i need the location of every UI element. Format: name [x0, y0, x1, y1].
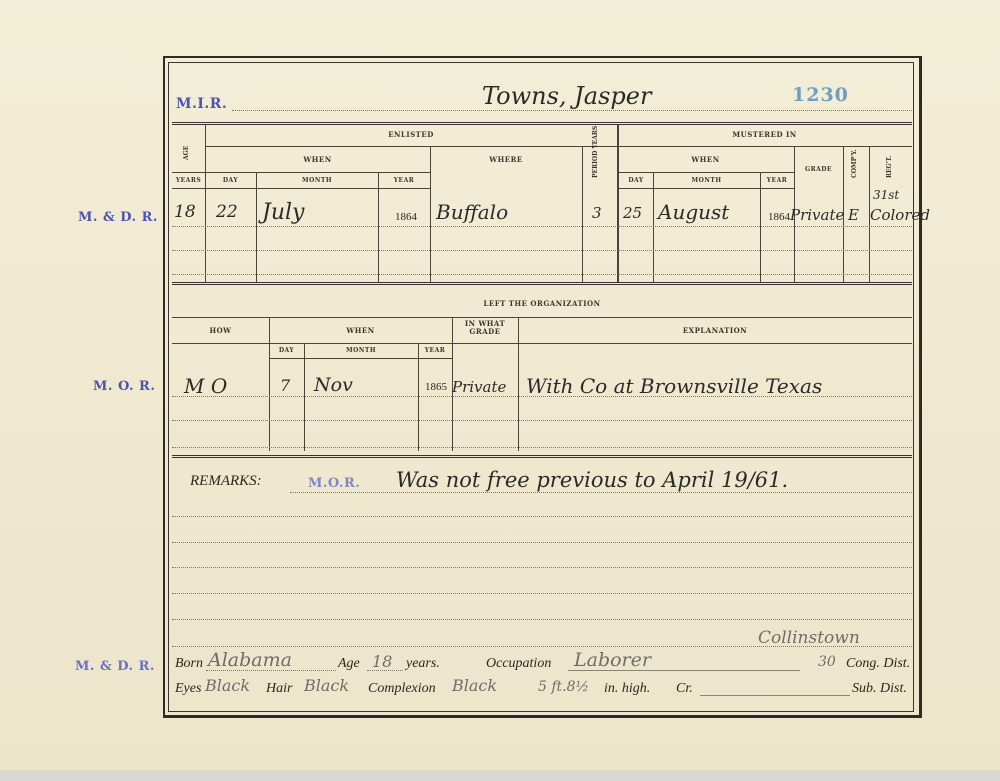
enlisted-day-header: Day: [205, 177, 256, 184]
explanation-header: Explanation: [518, 326, 912, 335]
row-line: [172, 516, 912, 517]
company-header: Comp'y.: [851, 150, 858, 178]
grid-line: [617, 172, 794, 173]
left-grade: Private: [452, 378, 506, 396]
grid-line: [205, 146, 617, 147]
left-year: 1865: [425, 381, 447, 393]
left-month-header: Month: [304, 347, 418, 354]
height-value: 5 ft.8½: [538, 679, 589, 695]
mustered-day: 25: [623, 204, 642, 222]
hair-value: Black: [304, 676, 349, 695]
mustered-day-header: Day: [620, 177, 652, 184]
left-year-header: Year: [418, 347, 452, 354]
regiment-header: Reg't.: [886, 155, 893, 179]
age-value: 18: [372, 652, 392, 671]
row-line: [172, 646, 912, 647]
mustered-regiment-number: 31st: [873, 188, 899, 202]
row-line: [172, 542, 912, 543]
mustered-grade: Private: [790, 206, 844, 224]
cong-dist-value: 30: [818, 654, 836, 670]
years-header: Years: [172, 177, 205, 184]
left-day: 7: [280, 376, 290, 395]
hair-label: Hair: [266, 681, 292, 697]
occupation-label: Occupation: [486, 656, 551, 672]
left-explanation: With Co at Brownsville Texas: [526, 374, 822, 398]
row-line: [206, 670, 336, 671]
how-header: How: [172, 326, 269, 335]
row-line: [290, 492, 912, 493]
card-number: 1230: [792, 84, 849, 106]
grid-line: [304, 343, 305, 451]
mustered-month: August: [658, 200, 729, 224]
row-line: [172, 567, 912, 568]
enlisted-year: 1864: [395, 211, 417, 223]
header-divider: [172, 122, 912, 125]
cr-label: Cr.: [676, 681, 693, 697]
mdr-stamp-top: M. & D. R.: [78, 210, 158, 225]
height-label: in. high.: [604, 681, 650, 697]
mustered-in-header: Mustered In: [617, 130, 912, 139]
left-day-header: Day: [269, 347, 304, 354]
mustered-regiment: Colored: [870, 206, 930, 224]
age-header: Age: [183, 138, 190, 168]
period-years-header: Period Years: [592, 150, 599, 178]
cong-dist-label: Cong. Dist.: [846, 656, 910, 672]
enlisted-period: 3: [592, 204, 602, 222]
grid-line: [617, 188, 794, 189]
age-label: Age: [338, 656, 360, 672]
section-divider: [172, 282, 912, 285]
born-value: Alabama: [208, 649, 292, 671]
row-line: [172, 619, 912, 620]
row-line: [172, 396, 912, 397]
row-line: [568, 670, 800, 671]
grid-line: [172, 188, 430, 189]
mustered-month-header: Month: [653, 177, 760, 184]
remarks-mor-stamp: M.O.R.: [308, 476, 360, 491]
name-line: [232, 110, 912, 111]
row-line: [172, 447, 912, 448]
county: Collinstown: [758, 628, 860, 648]
grid-line: [582, 146, 583, 282]
born-label: Born: [175, 656, 203, 672]
left-when-header: When: [269, 326, 452, 335]
left-month: Nov: [314, 374, 353, 396]
grid-line: [205, 125, 206, 282]
grid-line: [617, 125, 619, 282]
mor-stamp: M. O. R.: [93, 379, 155, 394]
enlisted-where: Buffalo: [436, 200, 508, 224]
sub-dist-label: Sub. Dist.: [852, 681, 907, 697]
grid-line: [269, 317, 270, 451]
section-divider: [172, 455, 912, 458]
left-how: M O: [184, 374, 227, 398]
soldier-name: Towns, Jasper: [482, 82, 651, 110]
enlisted-when-header: When: [205, 155, 430, 164]
grid-line: [430, 146, 431, 282]
eyes-value: Black: [205, 676, 250, 695]
row-line: [172, 593, 912, 594]
enlisted-year-header: Year: [378, 177, 430, 184]
enlisted-where-header: Where: [430, 155, 582, 164]
enlisted-day: 22: [216, 202, 238, 222]
enlisted-month: July: [262, 200, 304, 225]
row-line: [172, 250, 912, 251]
complexion-label: Complexion: [368, 681, 436, 697]
grid-line: [617, 146, 912, 147]
grid-line: [172, 172, 430, 173]
enlisted-month-header: Month: [256, 177, 378, 184]
mustered-company: E: [848, 206, 859, 224]
mustered-year-header: Year: [760, 177, 794, 184]
row-line: [700, 695, 850, 696]
scan-edge: [0, 770, 1000, 781]
left-org-header: Left the Organization: [172, 299, 912, 308]
in-what-grade-header: In What Grade: [452, 320, 518, 336]
remarks-text: Was not free previous to April 19/61.: [396, 468, 788, 492]
mir-stamp: M.I.R.: [176, 96, 227, 112]
row-line: [172, 274, 912, 275]
complexion-value: Black: [452, 676, 497, 695]
grid-line: [172, 317, 912, 318]
row-line: [172, 420, 912, 421]
row-line: [367, 670, 403, 671]
enlisted-header: Enlisted: [205, 130, 617, 139]
mustered-when-header: When: [617, 155, 794, 164]
grid-line: [269, 358, 452, 359]
eyes-label: Eyes: [175, 681, 201, 697]
grid-line: [172, 343, 912, 344]
enlisted-age: 18: [174, 202, 196, 222]
occupation-value: Laborer: [574, 649, 651, 671]
mustered-year: 1864: [768, 211, 790, 223]
years-label: years.: [406, 656, 440, 672]
row-line: [172, 226, 912, 227]
grid-line: [418, 343, 419, 451]
mdr-stamp-bottom: M. & D. R.: [75, 659, 155, 674]
grid-line: [518, 317, 519, 451]
remarks-label: REMARKS:: [190, 473, 262, 490]
grade-header: Grade: [794, 166, 843, 173]
